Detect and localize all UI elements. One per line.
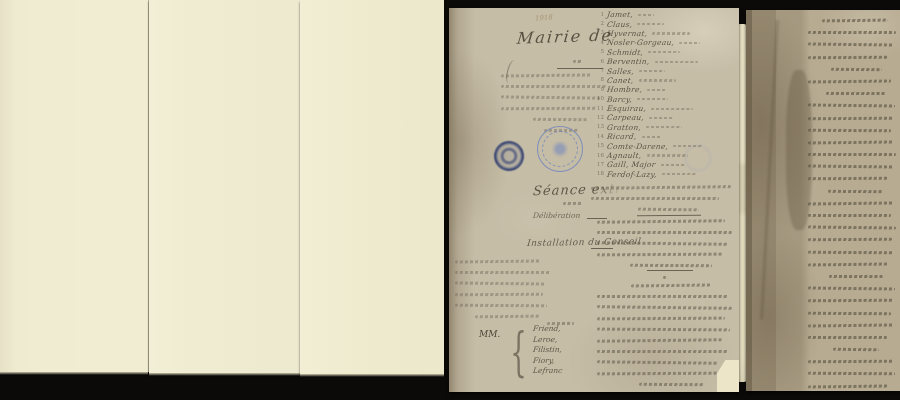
handwriting-line [833, 348, 879, 352]
handwriting-line [455, 259, 541, 263]
handwriting-line [533, 118, 587, 121]
attendee-note-scribble [637, 98, 668, 100]
attendee-note-scribble [646, 126, 682, 128]
handwriting-line [808, 128, 891, 132]
roll-name: Filistin, [533, 345, 564, 356]
folio-number: 1918 [535, 13, 553, 22]
attendee-number: 15 [597, 143, 604, 149]
attendee-name: Hombre, [606, 85, 643, 94]
attendee-row: 4Nosler-Gorgeau, [597, 38, 739, 47]
handwriting-line [638, 208, 699, 212]
attendee-name: Berventin, [606, 57, 650, 66]
attendee-list: 1Jamet,2Claus,3Hyvernat,4Nosler-Gorgeau,… [597, 10, 739, 179]
session-date-handwriting [549, 194, 593, 205]
handwriting-line [808, 226, 896, 230]
attendee-note-scribble [642, 136, 661, 138]
attendee-number: 5 [597, 49, 604, 55]
attendee-number: 12 [597, 115, 604, 121]
attendee-number: 1 [597, 12, 604, 18]
left-paragraph-handwriting [455, 252, 555, 318]
attendee-note-scribble [651, 108, 693, 110]
handwriting-line [808, 31, 896, 34]
attendee-number: 13 [597, 124, 604, 130]
attendee-row: 13Gratton, [597, 123, 739, 132]
attendee-number: 9 [597, 87, 604, 93]
handwriting-line [808, 384, 889, 388]
attendee-name: Ricard, [606, 132, 637, 141]
roll-call-block: MM. { Friend,Leroe,Filistin,Fiory,Lefran… [479, 324, 563, 382]
roll-name-list: Friend,Leroe,Filistin,Fiory,Lefranc [533, 324, 562, 377]
handwriting-line [808, 79, 891, 83]
attendee-row: 11Esquirau, [597, 104, 739, 113]
handwriting-line [808, 55, 889, 59]
attendee-note-scribble [679, 42, 700, 44]
attendee-note-scribble [637, 23, 664, 25]
handwriting-line [808, 43, 893, 47]
attendee-row: 17Gaill, Major [597, 160, 739, 169]
handwriting-line [808, 250, 894, 254]
handwriting-line [808, 214, 891, 217]
attendee-row: 2Claus, [597, 19, 739, 28]
attendee-row: 15Comte-Darene, [597, 141, 739, 150]
handwriting-line [455, 304, 547, 308]
handwriting-line [808, 116, 894, 120]
handwriting-line [808, 299, 893, 303]
blank-page-left-2 [149, 0, 301, 373]
manuscript-page-left: 1918 Mairie de 1Jamet,2Claus,3Hyvernat,4… [449, 8, 739, 392]
right-page-text-handwriting [808, 10, 900, 388]
handwriting-line [455, 293, 543, 297]
handwriting-line [597, 360, 718, 364]
attendee-row: 6Berventin, [597, 57, 739, 66]
attendee-number: 14 [597, 134, 604, 140]
attendee-name: Canet, [606, 76, 634, 85]
attendee-number: 18 [597, 171, 604, 177]
attendee-name: Esquirau, [606, 104, 646, 113]
blank-page-left-3 [300, 0, 444, 374]
attendee-row: 7Salles, [597, 66, 739, 75]
attendee-row: 5Schmidt, [597, 48, 739, 57]
attendee-name: Gaill, Major [606, 160, 656, 169]
body-paragraph-2-handwriting [597, 276, 739, 386]
handwriting-line [808, 287, 895, 291]
attendee-row: 1Jamet, [597, 10, 739, 19]
round-ink-stamp-dark-blue-icon [492, 139, 527, 174]
blank-page-left-1 [0, 0, 149, 372]
attendee-number: 16 [597, 153, 604, 159]
attendee-name: Barcy, [606, 95, 632, 104]
attendee-row: 8Canet, [597, 76, 739, 85]
attendee-name: Comte-Darene, [606, 142, 669, 151]
attendee-name: Agnault, [606, 151, 642, 160]
handwriting-line [630, 264, 712, 268]
handwriting-line [591, 197, 719, 200]
attendee-row: 3Hyvernat, [597, 29, 739, 38]
attendee-name: Jamet, [606, 10, 633, 19]
body-paragraph-1-handwriting [597, 212, 739, 267]
attendee-note-scribble [647, 154, 688, 156]
handwriting-line [631, 284, 711, 288]
attendee-note-scribble [638, 14, 654, 16]
attendee-number: 10 [597, 96, 604, 102]
attendee-number: 2 [597, 21, 604, 27]
handwriting-line [828, 189, 883, 193]
attendee-row: 16Agnault, [597, 151, 739, 160]
attendee-number: 7 [597, 68, 604, 74]
handwriting-line [808, 165, 894, 169]
handwriting-line [829, 275, 882, 278]
attendee-name: Gratton, [606, 123, 641, 132]
handwriting-line [597, 253, 722, 257]
attendee-note-scribble [661, 164, 685, 166]
attendee-note-scribble [639, 70, 665, 72]
handwriting-line [808, 323, 895, 327]
handwriting-line [826, 92, 885, 95]
roll-name: Fiory, [533, 356, 564, 367]
attendee-note-scribble [647, 89, 667, 91]
attendee-number: 6 [597, 59, 604, 65]
handwriting-line [573, 60, 582, 63]
handwriting-line [597, 295, 728, 298]
handwriting-line [455, 271, 550, 274]
attendee-note-scribble [662, 173, 697, 175]
handwriting-line [808, 104, 895, 108]
attendee-name: Claus, [606, 20, 633, 29]
handwriting-line [808, 177, 889, 181]
attendee-number: 3 [597, 30, 604, 36]
attendee-note-scribble [649, 117, 674, 119]
attendee-number: 17 [597, 162, 604, 168]
attendee-name: Nosler-Gorgeau, [606, 38, 675, 47]
roll-name: Lefranc [533, 366, 564, 377]
attendee-name: Schmidt, [606, 48, 643, 57]
handwriting-line [808, 140, 893, 144]
handwriting-line [808, 153, 896, 156]
round-ink-stamp-light-blue-icon [537, 126, 583, 172]
handwriting-line [808, 372, 895, 376]
scanned-register-spread: 1918 Mairie de 1Jamet,2Claus,3Hyvernat,4… [0, 0, 900, 400]
title-subtitle-handwriting [559, 52, 593, 63]
handwriting-line [455, 281, 545, 285]
handwriting-line [597, 305, 732, 310]
handwriting-line [597, 219, 725, 224]
handwriting-line [808, 238, 892, 242]
attendee-note-scribble [652, 32, 690, 34]
manuscript-page-right [746, 10, 900, 391]
handwriting-line [808, 360, 893, 364]
attendee-name: Salles, [606, 67, 634, 76]
attendee-number: 4 [597, 40, 604, 46]
attendee-number: 8 [597, 77, 604, 83]
attendee-row: 10Barcy, [597, 95, 739, 104]
attendee-note-scribble [639, 79, 676, 81]
handwriting-line [597, 350, 728, 353]
handwriting-line [501, 73, 591, 77]
handwriting-line [597, 372, 725, 376]
attendee-note-scribble [655, 61, 698, 63]
handwriting-line [808, 201, 895, 205]
roll-label: MM. [479, 330, 500, 340]
handwriting-line [501, 107, 596, 111]
handwriting-line [501, 85, 606, 88]
handwriting-line [597, 241, 728, 246]
handwriting-line [597, 317, 725, 321]
handwriting-line [808, 262, 889, 266]
handwriting-line [808, 336, 887, 339]
attendee-note-scribble [673, 145, 703, 147]
handwriting-line [808, 311, 891, 315]
handwriting-line [563, 202, 582, 205]
handwriting-line [597, 338, 722, 343]
handwriting-line [597, 231, 732, 234]
attendee-row: 12Carpeau, [597, 113, 739, 122]
handwriting-line [639, 383, 704, 386]
handwriting-line [501, 95, 600, 99]
roll-brace: { [511, 324, 528, 382]
attendee-name: Hyvernat, [606, 29, 648, 38]
binding-crease [760, 20, 779, 320]
attendee-note-scribble [648, 51, 680, 53]
roll-name: Leroe, [533, 335, 564, 346]
handwriting-line [475, 315, 539, 319]
attendee-row: 14Ricard, [597, 132, 739, 141]
deliberation-label: Délibération [533, 211, 581, 220]
attendee-name: Carpeau, [606, 113, 644, 122]
attendee-row: 9Hombre, [597, 85, 739, 94]
handwriting-line [831, 68, 882, 71]
handwriting-line [822, 19, 888, 23]
attendee-number: 11 [597, 106, 604, 112]
roll-name: Friend, [533, 324, 564, 335]
handwriting-line [597, 328, 730, 332]
